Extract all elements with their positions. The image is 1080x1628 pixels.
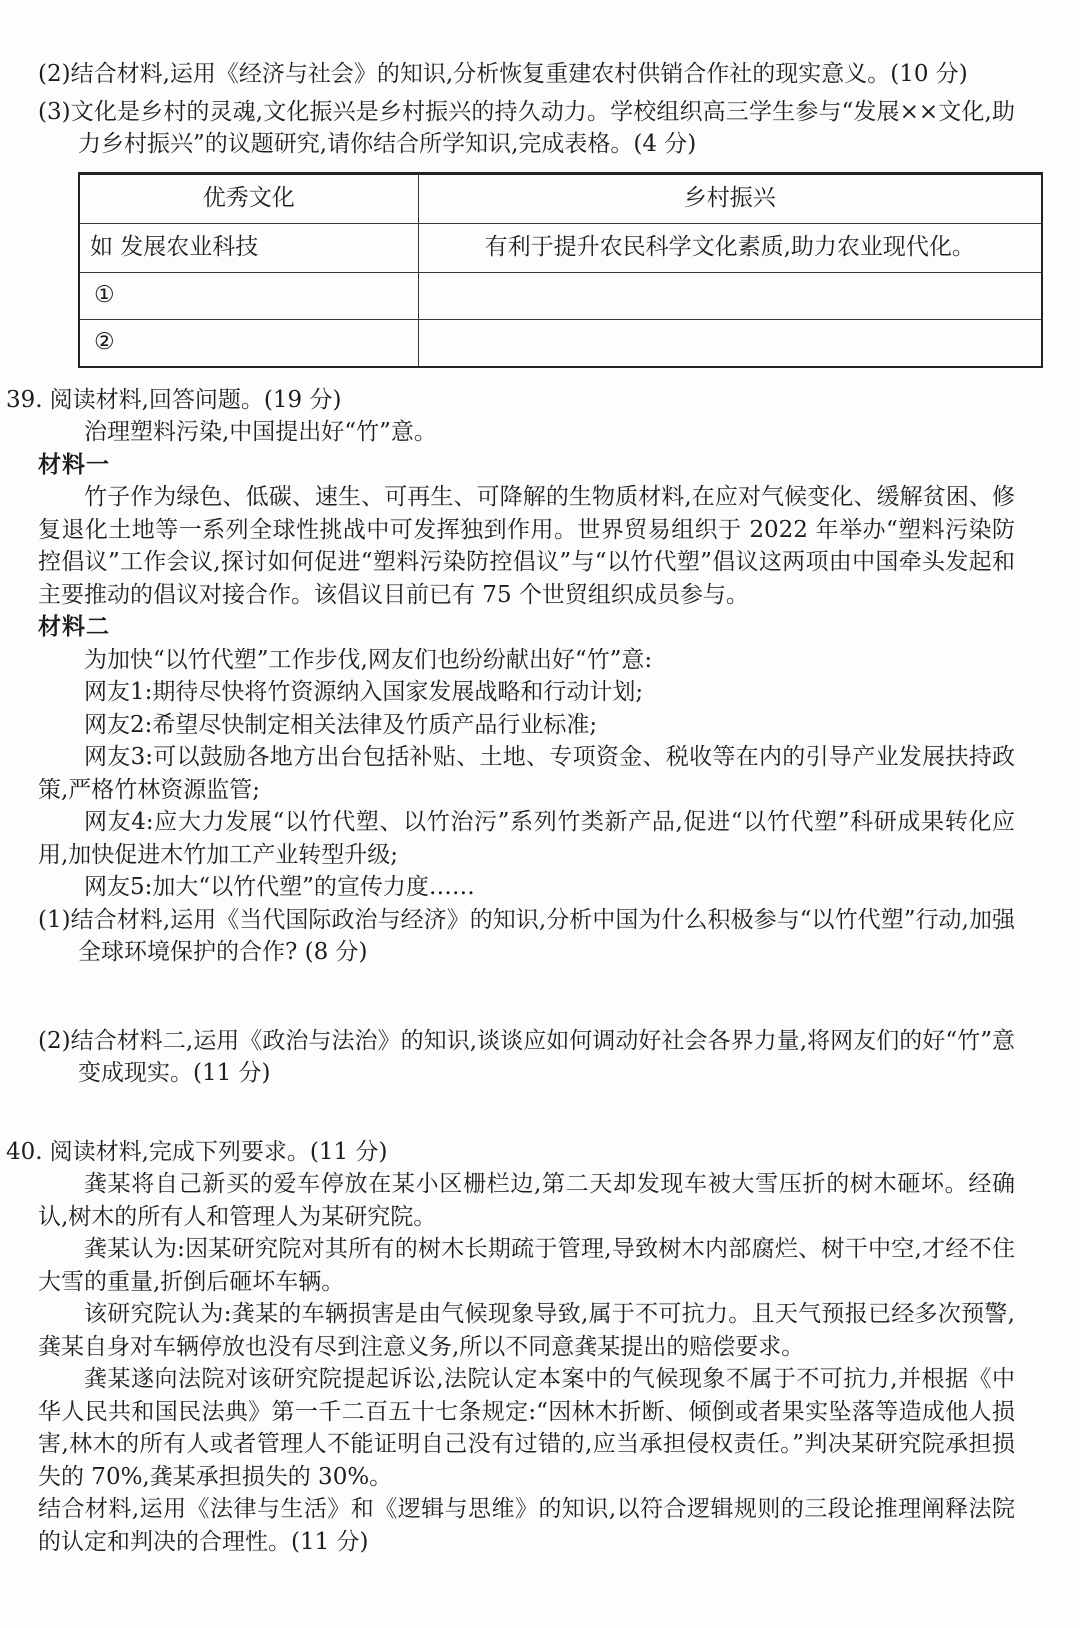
question-40-paragraph-3: 该研究院认为:龚某的车辆损害是由气候现象导致,属于不可抗力。且天气预报已经多次预… — [38, 1298, 1015, 1363]
table-cell-example-culture: 如 发展农业科技 — [79, 223, 418, 272]
subquestion-marker: (3) — [38, 99, 71, 125]
answer-space — [38, 1090, 1015, 1136]
question-40-paragraph-4: 龚某遂向法院对该研究院提起诉讼,法院认定本案中的气候现象不属于不可抗力,并根据《… — [38, 1363, 1015, 1493]
question-40-paragraph-2: 龚某认为:因某研究院对其所有的树木长期疏于管理,导致树木内部腐烂、树干中空,才经… — [38, 1233, 1015, 1298]
subquestion-text: 文化是乡村的灵魂,文化振兴是乡村振兴的持久动力。学校组织高三学生参与“发展××文… — [71, 99, 1015, 158]
table-cell-example-effect: 有利于提升农民科学文化素质,助力农业现代化。 — [418, 223, 1042, 272]
culture-revitalization-table: 优秀文化 乡村振兴 如 发展农业科技 有利于提升农民科学文化素质,助力农业现代化… — [78, 172, 1043, 368]
question-40-paragraph-1: 龚某将自己新买的爱车停放在某小区栅栏边,第二天却发现车被大雪压折的树木砸坏。经确… — [38, 1168, 1015, 1233]
question-40-head: 40.阅读材料,完成下列要求。(11 分) — [6, 1136, 1015, 1169]
netizen-1-suggestion: 网友1:期待尽快将竹资源纳入国家发展战略和行动计划; — [38, 676, 1015, 709]
material-1-text: 竹子作为绿色、低碳、速生、可再生、可降解的生物质材料,在应对气候变化、缓解贫困、… — [38, 481, 1015, 611]
table-header-excellent-culture: 优秀文化 — [79, 173, 418, 223]
question-40-requirement: 结合材料,运用《法律与生活》和《逻辑与思维》的知识,以符合逻辑规则的三段论推理阐… — [38, 1493, 1015, 1558]
table-cell-blank2-answer — [418, 319, 1042, 367]
question-39-head: 39.阅读材料,回答问题。(19 分) — [6, 384, 1015, 417]
table-row: 如 发展农业科技 有利于提升农民科学文化素质,助力农业现代化。 — [79, 223, 1042, 272]
table-cell-blank1-answer — [418, 272, 1042, 319]
table-header-row: 优秀文化 乡村振兴 — [79, 173, 1042, 223]
answer-space — [38, 969, 1015, 1025]
question-38-part2: (2)结合材料,运用《经济与社会》的知识,分析恢复重建农村供销合作社的现实意义。… — [38, 58, 1015, 91]
subquestion-text: 结合材料二,运用《政治与法治》的知识,谈谈应如何调动好社会各界力量,将网友们的好… — [71, 1028, 1015, 1087]
subquestion-text: 结合材料,运用《当代国际政治与经济》的知识,分析中国为什么积极参与“以竹代塑”行… — [71, 907, 1015, 966]
netizen-3-suggestion: 网友3:可以鼓励各地方出台包括补贴、土地、专项资金、税收等在内的引导产业发展扶持… — [38, 741, 1015, 806]
question-39-part2: (2)结合材料二,运用《政治与法治》的知识,谈谈应如何调动好社会各界力量,将网友… — [38, 1025, 1015, 1090]
table-row: ① — [79, 272, 1042, 319]
question-39-intro: 治理塑料污染,中国提出好“竹”意。 — [38, 416, 1015, 449]
netizen-4-suggestion: 网友4:应大力发展“以竹代塑、以竹治污”系列竹类新产品,促进“以竹代塑”科研成果… — [38, 806, 1015, 871]
material-2-intro: 为加快“以竹代塑”工作步伐,网友们也纷纷献出好“竹”意: — [38, 644, 1015, 677]
table-header-rural-revitalization: 乡村振兴 — [418, 173, 1042, 223]
subquestion-text: 结合材料,运用《经济与社会》的知识,分析恢复重建农村供销合作社的现实意义。(10… — [71, 61, 968, 87]
question-38-part3: (3)文化是乡村的灵魂,文化振兴是乡村振兴的持久动力。学校组织高三学生参与“发展… — [38, 96, 1015, 161]
table-cell-blank2-label: ② — [79, 319, 418, 367]
table-cell-blank1-label: ① — [79, 272, 418, 319]
netizen-5-suggestion: 网友5:加大“以竹代塑”的宣传力度…… — [38, 871, 1015, 904]
subquestion-marker: (2) — [38, 61, 71, 87]
material-1-label: 材料一 — [38, 449, 1015, 482]
exam-page: (2)结合材料,运用《经济与社会》的知识,分析恢复重建农村供销合作社的现实意义。… — [0, 0, 1080, 1628]
material-2-label: 材料二 — [38, 611, 1015, 644]
netizen-2-suggestion: 网友2:希望尽快制定相关法律及竹质产品行业标准; — [38, 709, 1015, 742]
question-stem: 阅读材料,完成下列要求。(11 分) — [50, 1139, 388, 1165]
question-number: 40. — [6, 1139, 50, 1165]
table-row: ② — [79, 319, 1042, 367]
question-number: 39. — [6, 387, 50, 413]
subquestion-marker: (1) — [38, 907, 71, 933]
subquestion-marker: (2) — [38, 1028, 71, 1054]
question-stem: 阅读材料,回答问题。(19 分) — [50, 387, 342, 413]
question-39-part1: (1)结合材料,运用《当代国际政治与经济》的知识,分析中国为什么积极参与“以竹代… — [38, 904, 1015, 969]
